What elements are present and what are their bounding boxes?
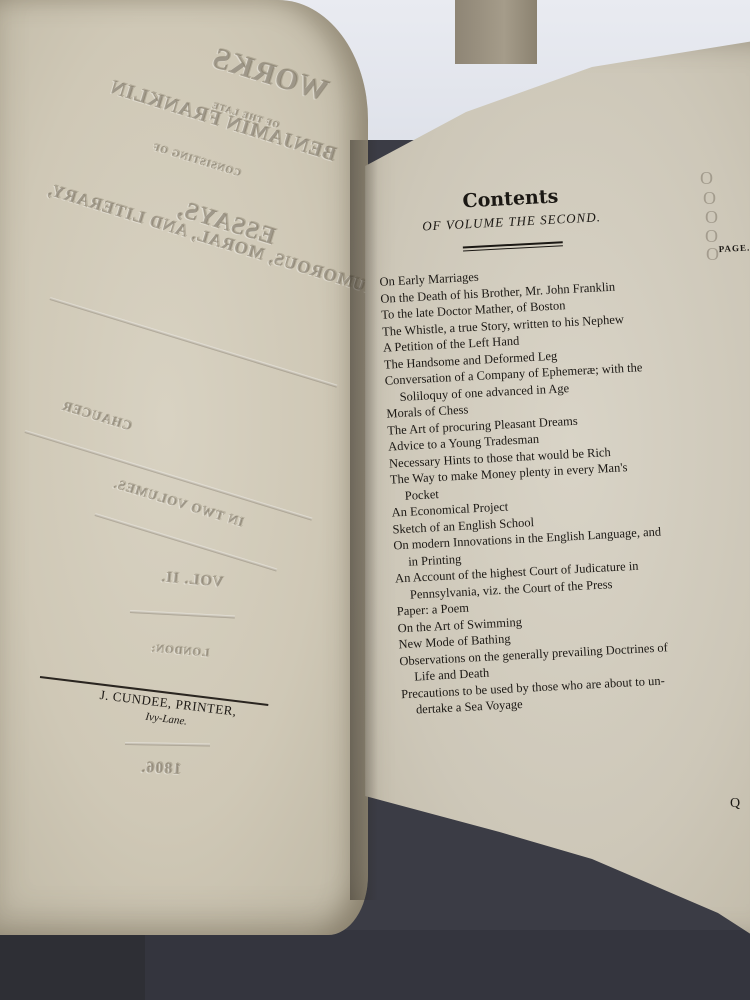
toc-entry-page: 19	[736, 386, 750, 404]
toc-entry-page: 39	[741, 485, 750, 503]
table-of-contents: Contents OF VOLUME THE SECOND. PAGE. On …	[375, 175, 750, 719]
emboss-rule	[95, 513, 278, 571]
toc-entry-page: 5	[730, 287, 750, 305]
printer-imprint: J. CUNDEE, PRINTER, Ivy-Lane.	[56, 682, 278, 739]
toc-list: On Early Marriages 1 On the Death of his…	[379, 254, 750, 719]
emboss-city: LONDON:	[150, 642, 210, 659]
double-rule	[463, 241, 563, 251]
emboss-subtitle: HUMOROUS, MORAL, AND LITERARY,	[45, 180, 368, 300]
emboss-rule	[125, 742, 210, 746]
emboss-chaucer: CHAUCER	[59, 398, 133, 435]
emboss-vol: VOL. II.	[159, 569, 223, 591]
emboss-volumes: IN TWO VOLUMES.	[111, 475, 246, 530]
toc-entry-page: 1	[729, 254, 750, 272]
left-page: WORKS OF THE LATE BENJAMIN FRANKLIN CONS…	[0, 0, 368, 935]
toc-entry-page: 16	[735, 369, 750, 387]
book-stand	[0, 935, 145, 1000]
toc-entry-page: 37	[740, 468, 750, 486]
toc-entry-page: 13	[733, 336, 750, 354]
toc-entry-page: 46	[742, 501, 750, 519]
emboss-rule	[130, 610, 235, 618]
gutter-shadow	[350, 140, 378, 900]
toc-entry-page: 8	[731, 303, 750, 321]
toc-entry-page: 25	[736, 402, 750, 420]
toc-entry-page: 56	[743, 534, 750, 552]
toc-entry-page: 11	[732, 320, 750, 338]
emboss-works: WORKS	[208, 41, 333, 109]
toc-entry-page: 4	[730, 270, 750, 288]
toc-entry-page: 33	[737, 419, 750, 437]
background-stand-post	[455, 0, 537, 64]
partial-next-entry: Q	[730, 796, 740, 812]
emboss-year: 1806.	[140, 759, 182, 779]
toc-entry-page: 36	[738, 435, 750, 453]
emboss-rule	[50, 297, 338, 388]
emboss-line: CONSISTING OF	[150, 142, 241, 179]
